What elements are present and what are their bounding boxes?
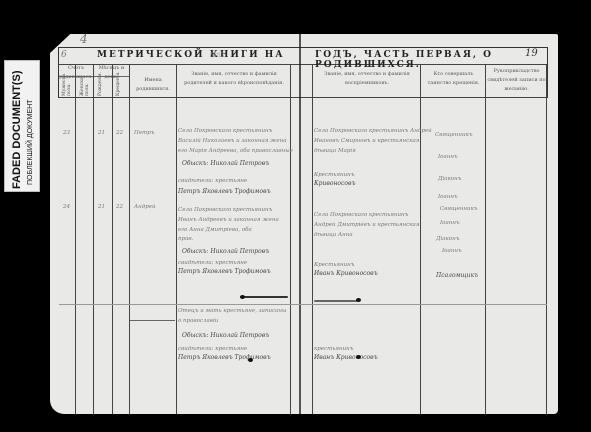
col-rule	[420, 64, 421, 416]
parents-line: его Марія Андреева, оба православные	[178, 148, 293, 154]
ink-blot	[356, 355, 361, 359]
priest-line: Діаконъ	[436, 236, 459, 242]
priest-line: Іоаннъ	[440, 220, 460, 226]
child-name: Андрей	[134, 204, 156, 210]
ink-smear	[240, 296, 288, 298]
parents-line: прав.	[178, 236, 193, 242]
col-rule	[485, 64, 486, 416]
header-male: Мужеска пола.	[62, 78, 72, 96]
godparents-line: Иванъ Кривоносовъ	[314, 354, 378, 361]
right-page-number: 19	[525, 48, 538, 59]
header-parents: Званіе, имя, отчество и фамилія родителе…	[178, 70, 290, 88]
parents-line: свидѣтели: крестьяне	[178, 178, 247, 184]
birth-day: 21	[98, 204, 105, 210]
parents-line: Петръ Яковлевъ Трофимовъ	[178, 354, 271, 361]
godparents-line: Крестьянинъ	[314, 262, 354, 268]
header-godparents: Званіе, имя, отчество и фамилія воспріем…	[314, 70, 420, 88]
baptism-day: 22	[116, 204, 123, 210]
godparents-line: Села Покровскаго крестьянинъ Андрей	[314, 128, 432, 134]
col-rule	[176, 64, 177, 416]
col-rule	[290, 64, 291, 416]
priest-line: Діаконъ	[438, 176, 461, 182]
parents-line: Обыскъ: Николай Петровъ	[182, 332, 269, 339]
record-separator	[59, 304, 547, 305]
parents-line: Василій Николаевъ и законная жена	[178, 138, 287, 144]
parents-line: Обыскъ: Николай Петровъ	[182, 248, 269, 255]
godparents-line: Ивановъ Смирновъ и крестьянская	[314, 138, 419, 144]
header-birth: Рожденія.	[98, 78, 103, 96]
ink-blot	[356, 298, 361, 302]
child-name: Петръ	[134, 130, 154, 136]
godparents-line: дѣвица Марія	[314, 148, 356, 154]
ink-smear	[314, 300, 358, 302]
col-rule	[546, 64, 547, 416]
header-baptism: Крещенія.	[116, 78, 121, 96]
godparents-line: Андрей Дмитріевъ и крестьянская	[314, 222, 419, 228]
priest-line: Іоаннъ	[442, 248, 462, 254]
faded-document-label: FADED DOCUMENT(S) ПОБЛЕКШИЙ ДОКУМЕНТ	[4, 60, 40, 192]
male-number: 23	[63, 130, 70, 136]
header-signatures: Рукоприкладство свидѣтелей записи по жел…	[487, 67, 546, 94]
godparents-line: Кривоносовъ	[314, 180, 355, 187]
parents-line: Иванъ Андреевъ и законная жена	[178, 217, 279, 223]
corner-mark: 4	[80, 32, 88, 46]
parents-line: Петръ Яковлевъ Трофимовъ	[178, 188, 271, 195]
parents-line: Петръ Яковлевъ Трофимовъ	[178, 268, 271, 275]
col-rule	[75, 64, 76, 416]
name-cell-rule	[130, 320, 175, 321]
godparents-line: дѣвица Анна	[314, 232, 353, 238]
parents-line: Села Покровскаго крестьянинъ	[178, 207, 272, 213]
priest-line: Священникъ	[435, 132, 473, 138]
godparents-line: Села Покровскаго крестьянинъ	[314, 212, 408, 218]
col-rule	[112, 64, 113, 416]
priest-line: Священникъ	[440, 206, 478, 212]
parents-line: свидѣтели: крестьяне	[178, 346, 247, 352]
male-number: 24	[63, 204, 70, 210]
priest-line: Іоаннъ	[438, 154, 458, 160]
parents-line: Села Покровскаго крестьянинъ	[178, 128, 272, 134]
parents-line: его Анна Дмитріева, оба	[178, 227, 252, 233]
col-rule	[312, 64, 313, 416]
priest-line: Іоаннъ	[438, 194, 458, 200]
parents-line: свидѣтели: крестьяне	[178, 260, 247, 266]
col-rule	[129, 64, 130, 416]
priest-line: Псаломщикъ	[436, 272, 478, 279]
page-fold	[299, 34, 301, 414]
title-year: 1883	[209, 52, 224, 59]
godparents-line: Иванъ Кривоносовъ	[314, 270, 378, 277]
register-page: 4 6 МЕТРИЧЕСКОЙ КНИГИ НА 1883 ГОДЪ, ЧАСТ…	[50, 34, 558, 414]
header-born-name: Имена родившихся.	[130, 76, 176, 94]
faded-label-russian: ПОБЛЕКШИЙ ДОКУМЕНТ	[27, 100, 34, 185]
godparents-line: Крестьянинъ	[314, 172, 354, 178]
faded-label-english: FADED DOCUMENT(S)	[11, 70, 23, 189]
baptism-day: 22	[116, 130, 123, 136]
birth-day: 21	[98, 130, 105, 136]
parents-line: о православіи	[178, 318, 218, 324]
parents-line: Отецъ и мать крестьяне, записаны	[178, 308, 287, 314]
left-page-number: 6	[61, 50, 67, 60]
col-rule	[93, 64, 94, 416]
parents-line: Обыскъ: Николай Петровъ	[182, 160, 269, 167]
header-priest: Кто совершалъ таинство крещенія.	[422, 70, 485, 88]
header-bottom-rule	[59, 97, 547, 98]
ink-blot	[240, 295, 245, 299]
ink-blot	[248, 358, 253, 362]
godparents-line: крестьянинъ	[314, 346, 353, 352]
register-title-row: 6 МЕТРИЧЕСКОЙ КНИГИ НА 1883 ГОДЪ, ЧАСТЬ …	[58, 47, 548, 65]
title-left: МЕТРИЧЕСКОЙ КНИГИ НА	[97, 50, 285, 60]
header-female: Женска пола.	[80, 78, 90, 96]
